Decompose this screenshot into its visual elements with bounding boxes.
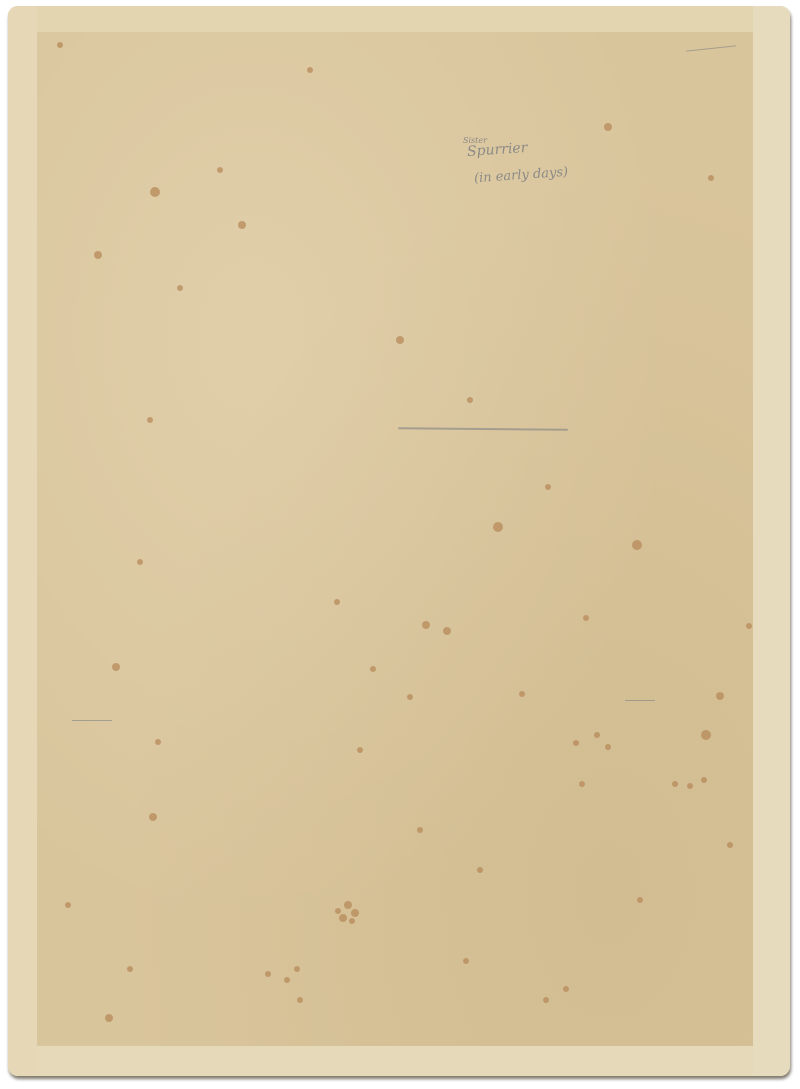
foxing-spot (357, 747, 363, 753)
foxing-spot (477, 867, 483, 873)
foxing-spot (57, 42, 63, 48)
foxing-spot (727, 842, 733, 848)
foxing-spot (583, 615, 589, 621)
photo-card-back (8, 6, 790, 1076)
foxing-spot (370, 666, 376, 672)
foxing-spot (605, 744, 611, 750)
foxing-spot (335, 908, 341, 914)
foxing-spot (149, 813, 157, 821)
foxing-spot (349, 918, 355, 924)
foxing-spot (297, 997, 303, 1003)
foxing-spot (701, 730, 711, 740)
foxing-spot (284, 977, 290, 983)
foxing-spot (545, 484, 551, 490)
foxing-spot (632, 540, 642, 550)
foxing-spot (94, 251, 102, 259)
foxing-spot (407, 694, 413, 700)
foxing-spot (708, 175, 714, 181)
foxing-spot (417, 827, 423, 833)
foxing-spot (155, 739, 161, 745)
foxing-spot (463, 958, 469, 964)
foxing-spot (150, 187, 160, 197)
foxing-spot (467, 397, 473, 403)
foxing-spot (238, 221, 246, 229)
foxing-spot (217, 167, 223, 173)
foxing-spot (105, 1014, 113, 1022)
foxing-spot (294, 966, 300, 972)
foxing-spot (672, 781, 678, 787)
foxing-spot (422, 621, 430, 629)
foxing-spot (701, 777, 707, 783)
foxing-spot (493, 522, 503, 532)
foxing-spot (344, 901, 352, 909)
pencil-mark (72, 720, 112, 721)
foxing-spot (137, 559, 143, 565)
foxing-spot (563, 986, 569, 992)
foxing-spot (519, 691, 525, 697)
foxing-spot (307, 67, 313, 73)
foxing-spot (637, 897, 643, 903)
foxing-spot (594, 732, 600, 738)
inner-panel (37, 32, 753, 1046)
pencil-mark (625, 700, 655, 701)
foxing-spot (65, 902, 71, 908)
foxing-spot (127, 966, 133, 972)
foxing-spot (573, 740, 579, 746)
foxing-spot (579, 781, 585, 787)
foxing-spot (543, 997, 549, 1003)
foxing-spot (265, 971, 271, 977)
foxing-spot (334, 599, 340, 605)
foxing-spot (716, 692, 724, 700)
foxing-spot (604, 123, 612, 131)
foxing-spot (147, 417, 153, 423)
card-bottom-margin (8, 1046, 790, 1076)
foxing-spot (746, 623, 752, 629)
foxing-spot (443, 627, 451, 635)
card-left-margin (8, 6, 37, 1076)
card-right-margin (753, 6, 790, 1076)
foxing-spot (339, 914, 347, 922)
foxing-spot (687, 783, 693, 789)
card-top-margin (8, 6, 790, 32)
foxing-spot (396, 336, 404, 344)
foxing-spot (351, 909, 359, 917)
foxing-spot (112, 663, 120, 671)
foxing-spot (177, 285, 183, 291)
